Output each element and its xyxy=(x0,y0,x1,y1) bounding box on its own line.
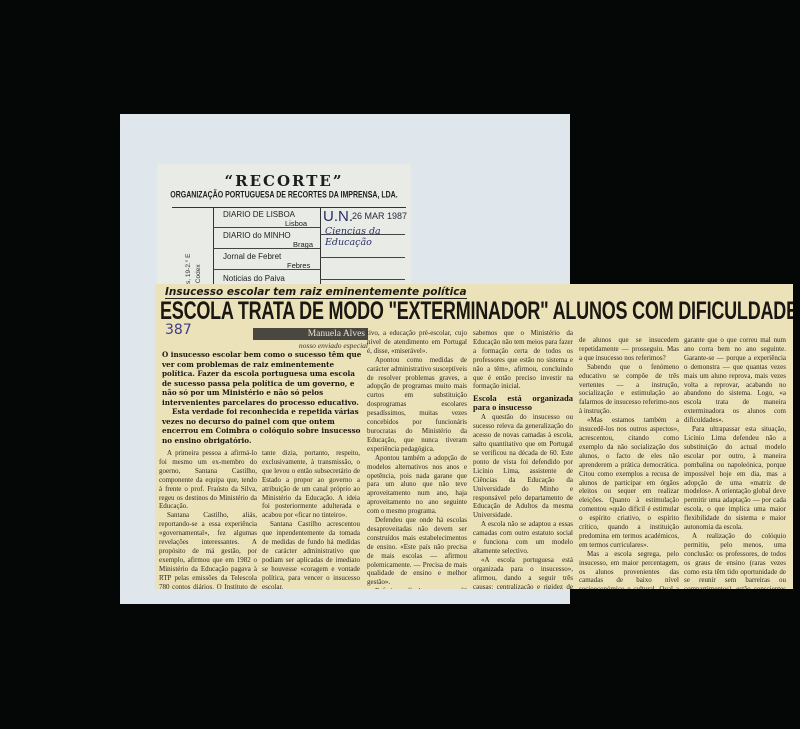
clipping-service-header: “RECORTE” ORGANIZAÇÃO PORTUGUESA DE RECO… xyxy=(157,164,411,294)
paragraph: Santana Castilho acrescentou que inpende… xyxy=(262,520,360,589)
byline-bar: Manuela Alves xyxy=(253,328,368,340)
paragraph: «Mas estamos também a insucedê-los nos o… xyxy=(579,416,679,550)
paragraph: Apontou como medidas de carácter adminis… xyxy=(367,356,467,454)
paragraph: garante que o que correu mal num ano cor… xyxy=(684,336,786,425)
newspaper-name: Jornal de Febret xyxy=(223,252,281,261)
author-note: nosso enviado especial xyxy=(299,341,368,350)
article-headline: ESCOLA TRATA DE MODO "EXTERMINADOR" ALUN… xyxy=(160,299,614,324)
paragraph: Sabendo que o fenómeno educativo se comp… xyxy=(579,363,679,416)
article-column-6: garante que o que correu mal num ano cor… xyxy=(684,336,786,589)
recorte-organization: ORGANIZAÇÃO PORTUGUESA DE RECORTES DA IM… xyxy=(157,191,411,200)
paragraph: A escola não se adaptou a essas camadas … xyxy=(473,520,573,556)
paragraph: Apontou também a adopção de modelos alte… xyxy=(367,454,467,516)
recorte-brand: “RECORTE” xyxy=(157,172,411,190)
newspaper-city: Lisboa xyxy=(285,219,307,228)
paragraph: tante dizia, portanto, respeito, exclusi… xyxy=(262,449,360,520)
divider xyxy=(320,257,405,258)
paragraph: Mas a escola segrega, pelo insucesso, em… xyxy=(579,550,679,589)
divider xyxy=(172,207,406,208)
newspaper-city: Braga xyxy=(293,240,313,249)
paragraph: Referiu-se finalmente ao perfil do profe… xyxy=(367,587,467,589)
divider xyxy=(320,207,321,294)
newspaper-name: DIARIO DE LISBOA xyxy=(223,210,295,219)
author-name: Manuela Alves xyxy=(308,328,365,340)
newspaper-clipping: Insucesso escolar tem raiz eminentemente… xyxy=(155,284,793,589)
paragraph: de alunos que se insucedem repetidamente… xyxy=(579,336,679,363)
paragraph: «A escola portuguesa está organizada par… xyxy=(473,556,573,589)
stamp-date: 26 MAR 1987 xyxy=(352,211,407,221)
article-column-4: sabemos que o Ministério da Educação não… xyxy=(473,329,573,589)
lead-paragraph: O insucesso escolar bem como o sucesso t… xyxy=(162,350,362,407)
divider xyxy=(213,207,214,294)
article-column-1: A primeira pessoa a afirmá-lo foi mesmo … xyxy=(159,449,257,589)
article-lead: O insucesso escolar bem como o sucesso t… xyxy=(162,350,362,445)
paragraph: tivo, a educação pré-escolar, cujo nível… xyxy=(367,329,467,356)
paragraph: A realização do colóquio permitiu, pelo … xyxy=(684,532,786,589)
article-column-2: tante dizia, portanto, respeito, exclusi… xyxy=(262,449,360,589)
paragraph: Defendeu que onde há escolas desaproveit… xyxy=(367,516,467,587)
paragraph: A questão do insucesso ou sucesso releva… xyxy=(473,413,573,520)
newspaper-name: Noticias do Paiva xyxy=(223,274,285,283)
paragraph: A primeira pessoa a afirmá-lo foi mesmo … xyxy=(159,449,257,511)
stamp-code: U.N. xyxy=(323,208,353,225)
article-column-5: de alunos que se insucedem repetidamente… xyxy=(579,336,679,589)
paragraph: sabemos que o Ministério da Educação não… xyxy=(473,329,573,391)
divider xyxy=(320,279,405,280)
article-column-3: tivo, a educação pré-escolar, cujo nível… xyxy=(367,329,467,589)
lead-paragraph: Esta verdade foi reconhecida e repetida … xyxy=(162,407,362,445)
paragraph: Santana Castilho, aliás, reportando-se a… xyxy=(159,511,257,589)
handwritten-subject: Ciencias da Educação xyxy=(325,226,411,248)
paragraph: Para ultrapassar esta situação, Licínio … xyxy=(684,425,786,532)
newspaper-city: Febres xyxy=(287,261,310,270)
newspaper-name: DIARIO do MINHO xyxy=(223,231,291,240)
section-subhead: Escola está organizada para o insucesso xyxy=(473,394,573,412)
handwritten-number: 387 xyxy=(165,322,192,338)
